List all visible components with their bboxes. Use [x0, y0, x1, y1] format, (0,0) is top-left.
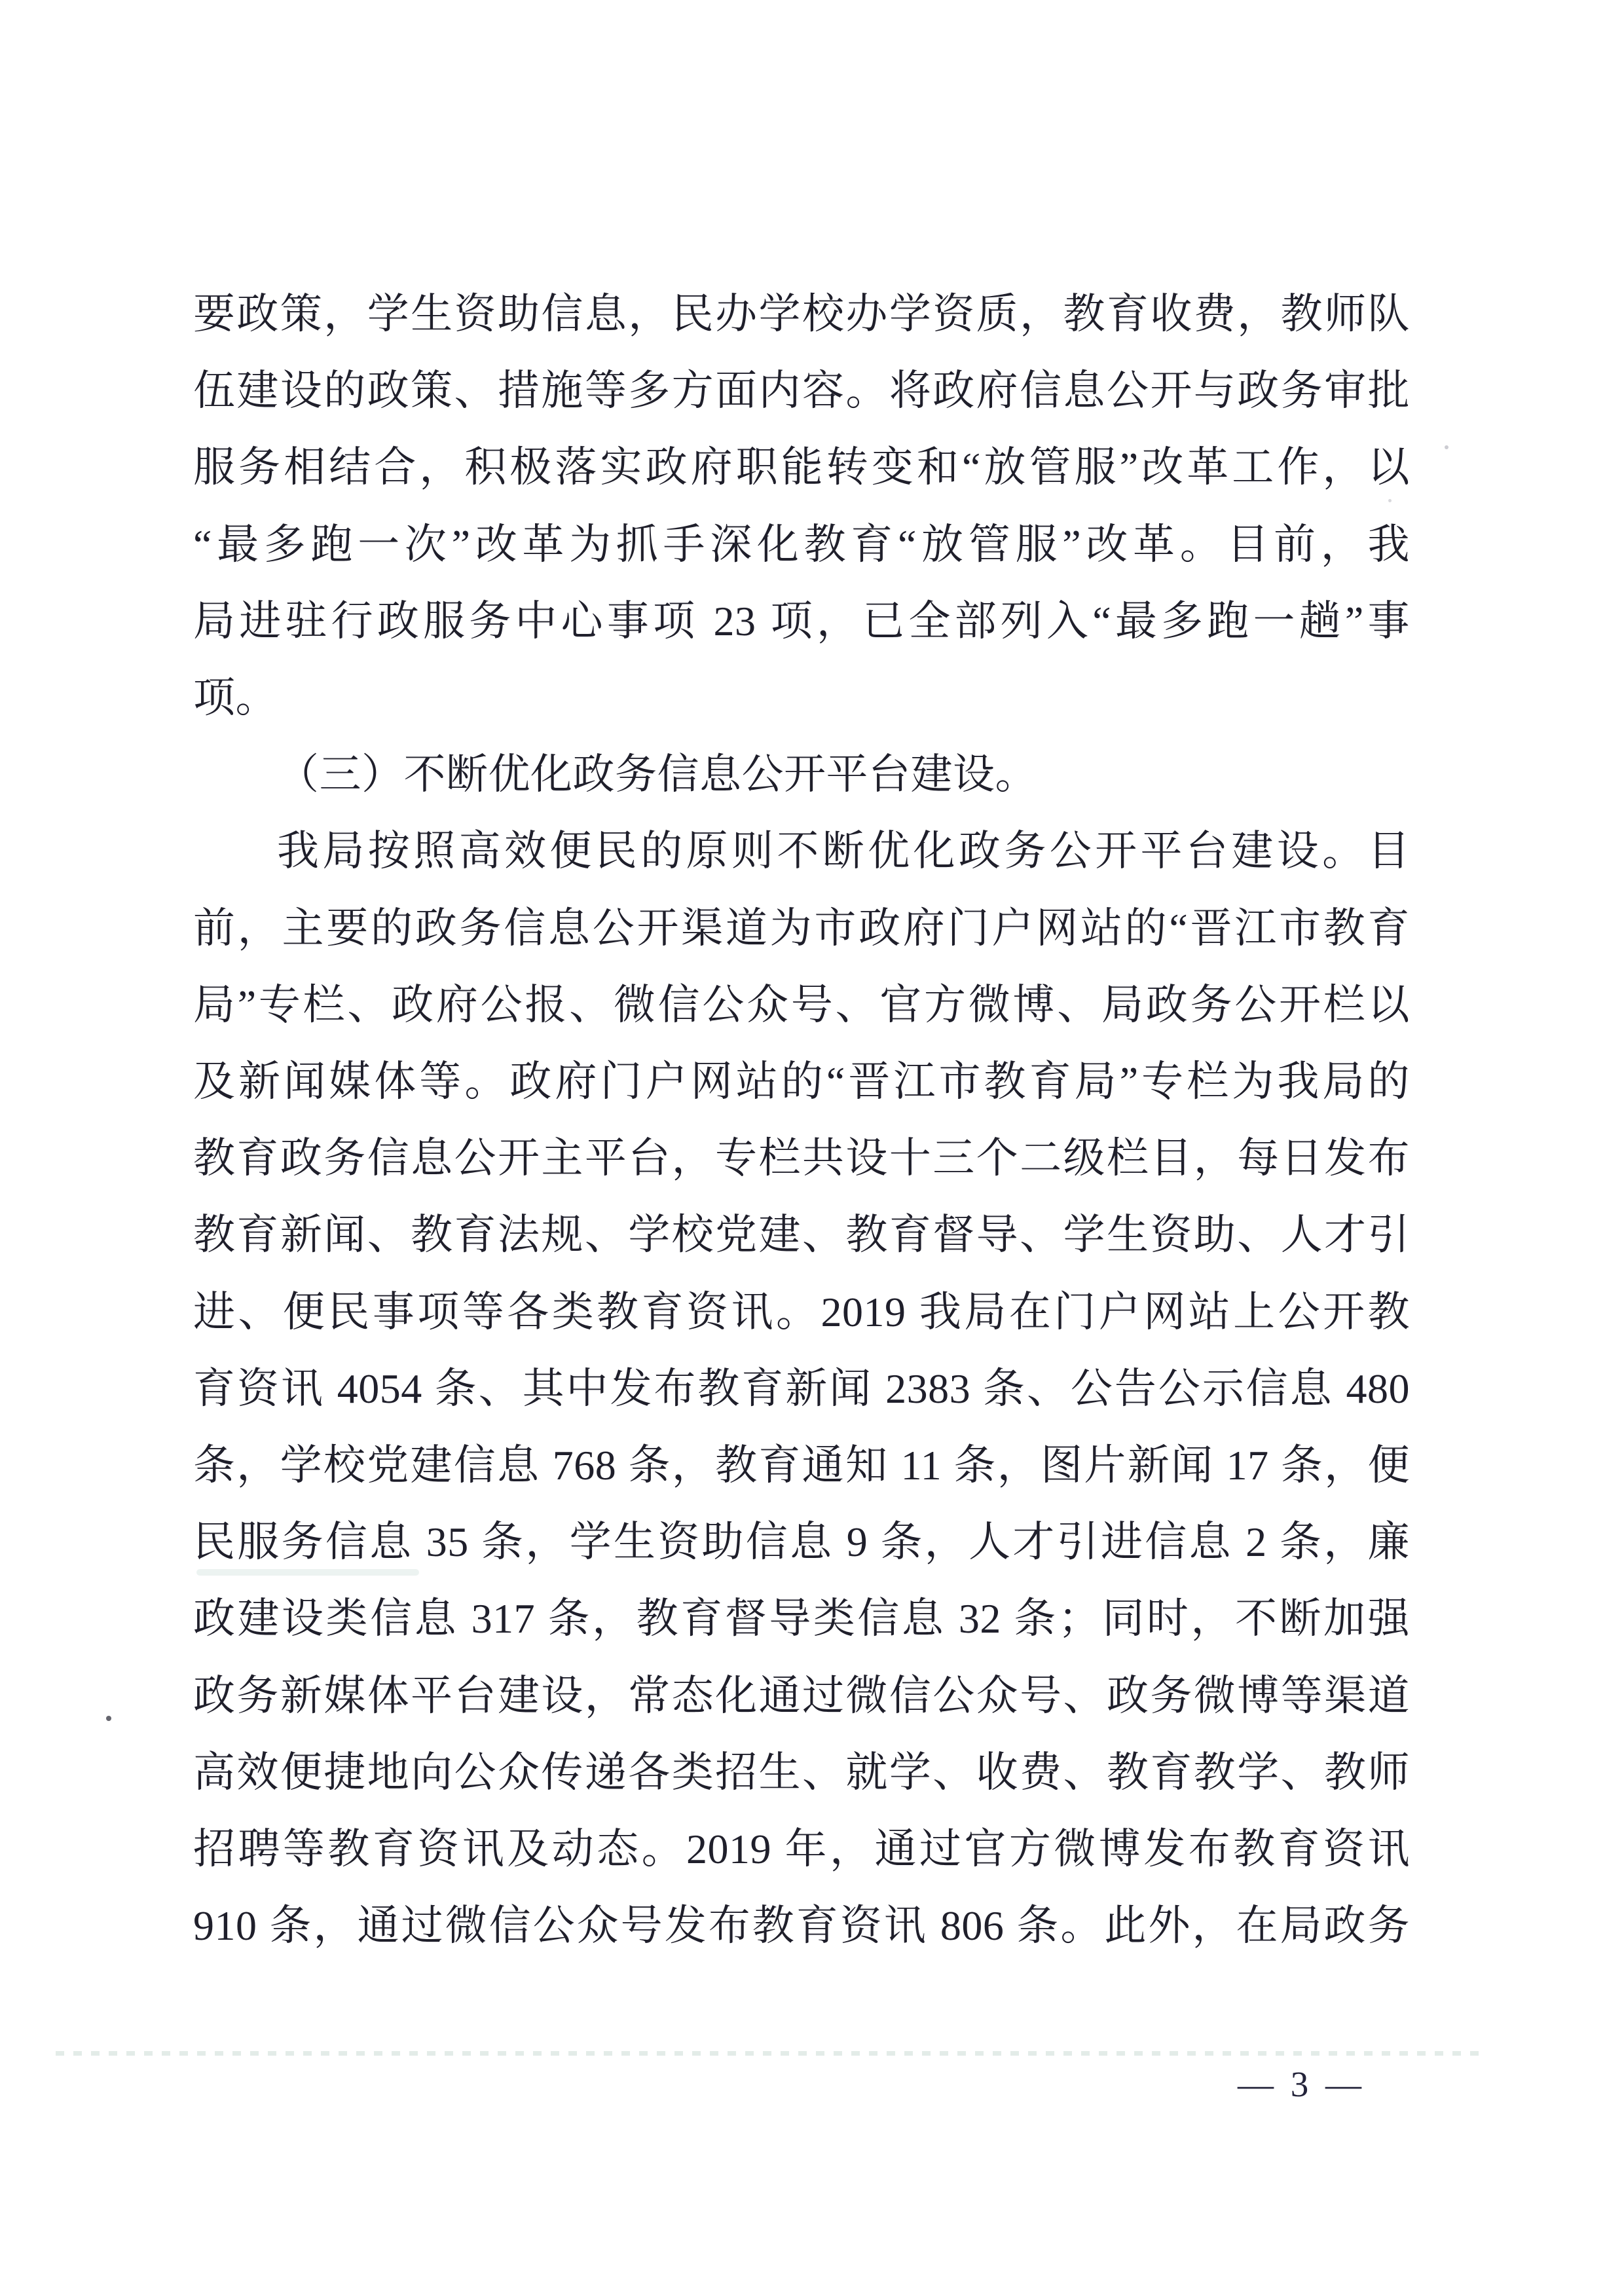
text-line: 政务新媒体平台建设，常态化通过微信公众号、政务微博等渠道 [193, 1657, 1410, 1734]
scan-speck [106, 1716, 111, 1721]
text-line: 教育新闻、教育法规、学校党建、教育督导、学生资助、人才引 [193, 1196, 1410, 1273]
text-line: 条，学校党建信息 768 条，教育通知 11 条，图片新闻 17 条，便 [193, 1427, 1410, 1504]
text-line: 前，主要的政务信息公开渠道为市政府门户网站的“晋江市教育 [193, 890, 1410, 967]
scan-speck [1445, 445, 1449, 449]
section-heading: （三）不断优化政务信息公开平台建设。 [193, 736, 1410, 813]
text-line: 910 条，通过微信公众号发布教育资讯 806 条。此外，在局政务 [193, 1887, 1410, 1964]
text-line: 进、便民事项等各类教育资讯。2019 我局在门户网站上公开教 [193, 1274, 1410, 1350]
body-text: 要政策，学生资助信息，民办学校办学资质，教育收费，教师队 伍建设的政策、措施等多… [193, 276, 1410, 1964]
text-line: 及新闻媒体等。政府门户网站的“晋江市教育局”专栏为我局的 [193, 1043, 1410, 1120]
text-line: 局”专栏、政府公报、微信公众号、官方微博、局政务公开栏以 [193, 967, 1410, 1043]
text-line: 高效便捷地向公众传递各类招生、就学、收费、教育教学、教师 [193, 1734, 1410, 1811]
scan-noise-band [56, 2051, 1486, 2056]
text-line: 服务相结合，积极落实政府职能转变和“放管服”改革工作，以 [193, 429, 1410, 506]
text-line: 项。 [193, 659, 1410, 736]
scan-smudge [196, 1569, 419, 1576]
text-line: 教育政务信息公开主平台，专栏共设十三个二级栏目，每日发布 [193, 1120, 1410, 1196]
text-line: 育资讯 4054 条、其中发布教育新闻 2383 条、公告公示信息 480 [193, 1350, 1410, 1427]
document-page: 要政策，学生资助信息，民办学校办学资质，教育收费，教师队 伍建设的政策、措施等多… [0, 0, 1624, 2296]
text-line: 局进驻行政服务中心事项 23 项，已全部列入“最多跑一趟”事 [193, 583, 1410, 659]
text-line: 我局按照高效便民的原则不断优化政务公开平台建设。目 [193, 813, 1410, 889]
text-line: 政建设类信息 317 条，教育督导类信息 32 条；同时，不断加强 [193, 1580, 1410, 1657]
text-line: 招聘等教育资讯及动态。2019 年，通过官方微博发布教育资讯 [193, 1811, 1410, 1887]
page-number: — 3 — [1238, 2062, 1395, 2107]
scan-speck [1388, 499, 1392, 502]
text-line: 要政策，学生资助信息，民办学校办学资质，教育收费，教师队 [193, 276, 1410, 352]
text-line: 伍建设的政策、措施等多方面内容。将政府信息公开与政务审批 [193, 352, 1410, 429]
text-line: “最多跑一次”改革为抓手深化教育“放管服”改革。目前，我 [193, 506, 1410, 583]
